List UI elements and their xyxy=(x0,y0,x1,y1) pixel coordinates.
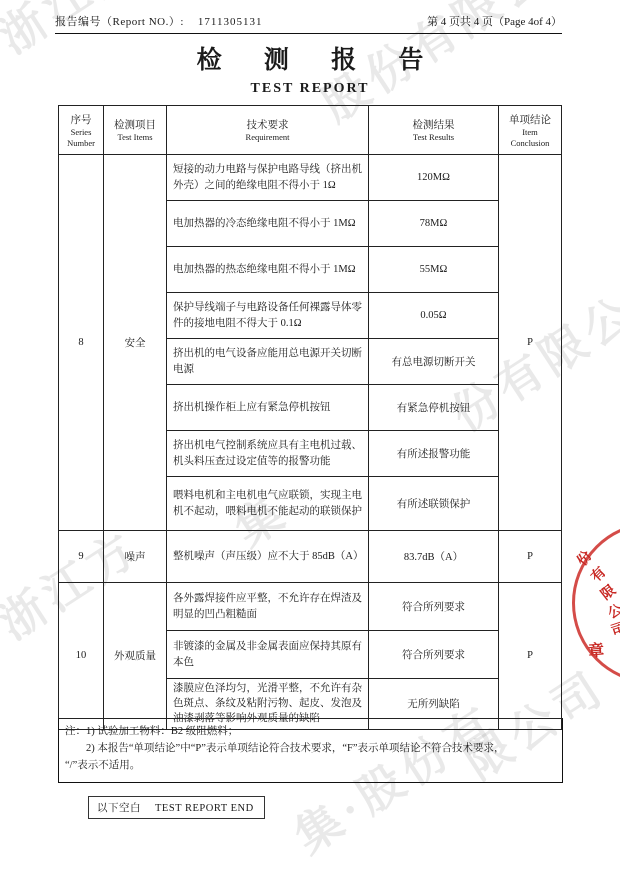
table-header-row: 序号Series Number检测项目Test Items技术要求Require… xyxy=(59,106,562,155)
result-cell: 120MΩ xyxy=(369,155,499,201)
note-line: 注：1) 试验加工物料：B2 级阻燃料； xyxy=(65,724,556,741)
column-header-cn: 检测结果 xyxy=(373,117,494,132)
result-cell: 有所述报警功能 xyxy=(369,431,499,477)
column-header-cn: 检测项目 xyxy=(108,117,162,132)
column-header: 序号Series Number xyxy=(59,106,104,155)
series-number-cell: 8 xyxy=(59,155,104,531)
result-cell: 0.05Ω xyxy=(369,293,499,339)
requirement-cell: 电加热器的冷态绝缘电阻不得小于 1MΩ xyxy=(167,201,369,247)
column-header: 单项结论Item Conclusion xyxy=(499,106,562,155)
document-title-cn: 检 测 报 告 xyxy=(0,40,620,76)
table-row: 10外观质量各外露焊接件应平整，不允许存在焊渣及明显的凹凸粗糙面符合所列要求P xyxy=(59,583,562,631)
test-item-cell: 噪声 xyxy=(104,531,167,583)
column-header-cn: 序号 xyxy=(63,112,99,127)
requirement-cell: 挤出机电气控制系统应具有主电机过载、机头料压查过设定值等的报警功能 xyxy=(167,431,369,477)
result-cell: 有紧急停机按钮 xyxy=(369,385,499,431)
column-header: 检测结果Test Results xyxy=(369,106,499,155)
report-end-label-en: TEST REPORT END xyxy=(155,803,254,814)
test-item-cell: 安全 xyxy=(104,155,167,531)
requirement-cell: 挤出机操作柜上应有紧急停机按钮 xyxy=(167,385,369,431)
report-number-label: 报告编号（Report NO.）: xyxy=(55,16,184,28)
report-end-box: 以下空白TEST REPORT END xyxy=(88,796,265,819)
seal-character: 章 xyxy=(587,637,605,661)
header-divider xyxy=(55,33,562,34)
requirement-cell: 各外露焊接件应平整，不允许存在焊渣及明显的凹凸粗糙面 xyxy=(167,583,369,631)
requirement-cell: 喂料电机和主电机电气应联锁，实现主电机不起动，喂料电机不能起动的联锁保护 xyxy=(167,477,369,531)
report-page: 浙江方股份有限公司份有限公司浙江方集集·股份有限公司 报告编号（Report N… xyxy=(0,0,620,877)
series-number-cell: 9 xyxy=(59,531,104,583)
result-cell: 55MΩ xyxy=(369,247,499,293)
test-result-table: 序号Series Number检测项目Test Items技术要求Require… xyxy=(58,105,562,730)
table-header: 序号Series Number检测项目Test Items技术要求Require… xyxy=(59,106,562,155)
conclusion-cell: P xyxy=(499,583,562,730)
requirement-cell: 挤出机的电气设备应能用总电源开关切断电源 xyxy=(167,339,369,385)
table-row: 8安全短接的动力电路与保护电路导线（挤出机外壳）之间的绝缘电阻不得小于 1Ω12… xyxy=(59,155,562,201)
seal-character: 限 xyxy=(596,580,619,604)
column-header: 检测项目Test Items xyxy=(104,106,167,155)
column-header-en: Series Number xyxy=(63,127,99,148)
conclusion-cell: P xyxy=(499,155,562,531)
seal-character: 司 xyxy=(608,617,620,640)
column-header-en: Test Items xyxy=(108,132,162,143)
report-number-group: 报告编号（Report NO.）:1711305131 xyxy=(55,13,262,29)
column-header-en: Item Conclusion xyxy=(503,127,557,148)
document-title-en: TEST REPORT xyxy=(0,81,620,97)
report-end-label-cn: 以下空白 xyxy=(97,803,141,814)
seal-character: 公 xyxy=(604,599,620,623)
result-cell: 78MΩ xyxy=(369,201,499,247)
series-number-cell: 10 xyxy=(59,583,104,730)
requirement-cell: 整机噪声（声压级）应不大于 85dB（A） xyxy=(167,531,369,583)
report-number-value: 1711305131 xyxy=(198,16,263,28)
requirement-cell: 短接的动力电路与保护电路导线（挤出机外壳）之间的绝缘电阻不得小于 1Ω xyxy=(167,155,369,201)
conclusion-cell: P xyxy=(499,531,562,583)
table-row: 9噪声整机噪声（声压级）应不大于 85dB（A）83.7dB（A）P xyxy=(59,531,562,583)
note-line: “/”表示不适用。 xyxy=(65,758,556,775)
result-cell: 符合所列要求 xyxy=(369,631,499,679)
column-header-cn: 技术要求 xyxy=(171,117,364,132)
company-seal-stamp xyxy=(572,522,620,684)
column-header-en: Test Results xyxy=(373,132,494,143)
requirement-cell: 电加热器的热态绝缘电阻不得小于 1MΩ xyxy=(167,247,369,293)
requirement-cell: 保护导线端子与电路设备任何裸露导体零件的接地电阻不得大于 0.1Ω xyxy=(167,293,369,339)
result-cell: 83.7dB（A） xyxy=(369,531,499,583)
requirement-cell: 非镀漆的金属及非金属表面应保持其原有本色 xyxy=(167,631,369,679)
notes-box: 注：1) 试验加工物料：B2 级阻燃料；2) 本报告“单项结论”中“P”表示单项… xyxy=(58,718,563,783)
result-cell: 符合所列要求 xyxy=(369,583,499,631)
page-number-info: 第 4 页共 4 页（Page 4of 4） xyxy=(427,13,562,29)
seal-character: 份 xyxy=(572,546,596,569)
column-header: 技术要求Requirement xyxy=(167,106,369,155)
document-header: 报告编号（Report NO.）:1711305131 第 4 页共 4 页（P… xyxy=(55,13,562,29)
note-line: 2) 本报告“单项结论”中“P”表示单项结论符合技术要求，“F”表示单项结论不符… xyxy=(65,741,556,758)
column-header-cn: 单项结论 xyxy=(503,112,557,127)
result-cell: 有所述联锁保护 xyxy=(369,477,499,531)
test-item-cell: 外观质量 xyxy=(104,583,167,730)
column-header-en: Requirement xyxy=(171,132,364,143)
seal-character: 有 xyxy=(586,562,610,586)
result-cell: 有总电源切断开关 xyxy=(369,339,499,385)
